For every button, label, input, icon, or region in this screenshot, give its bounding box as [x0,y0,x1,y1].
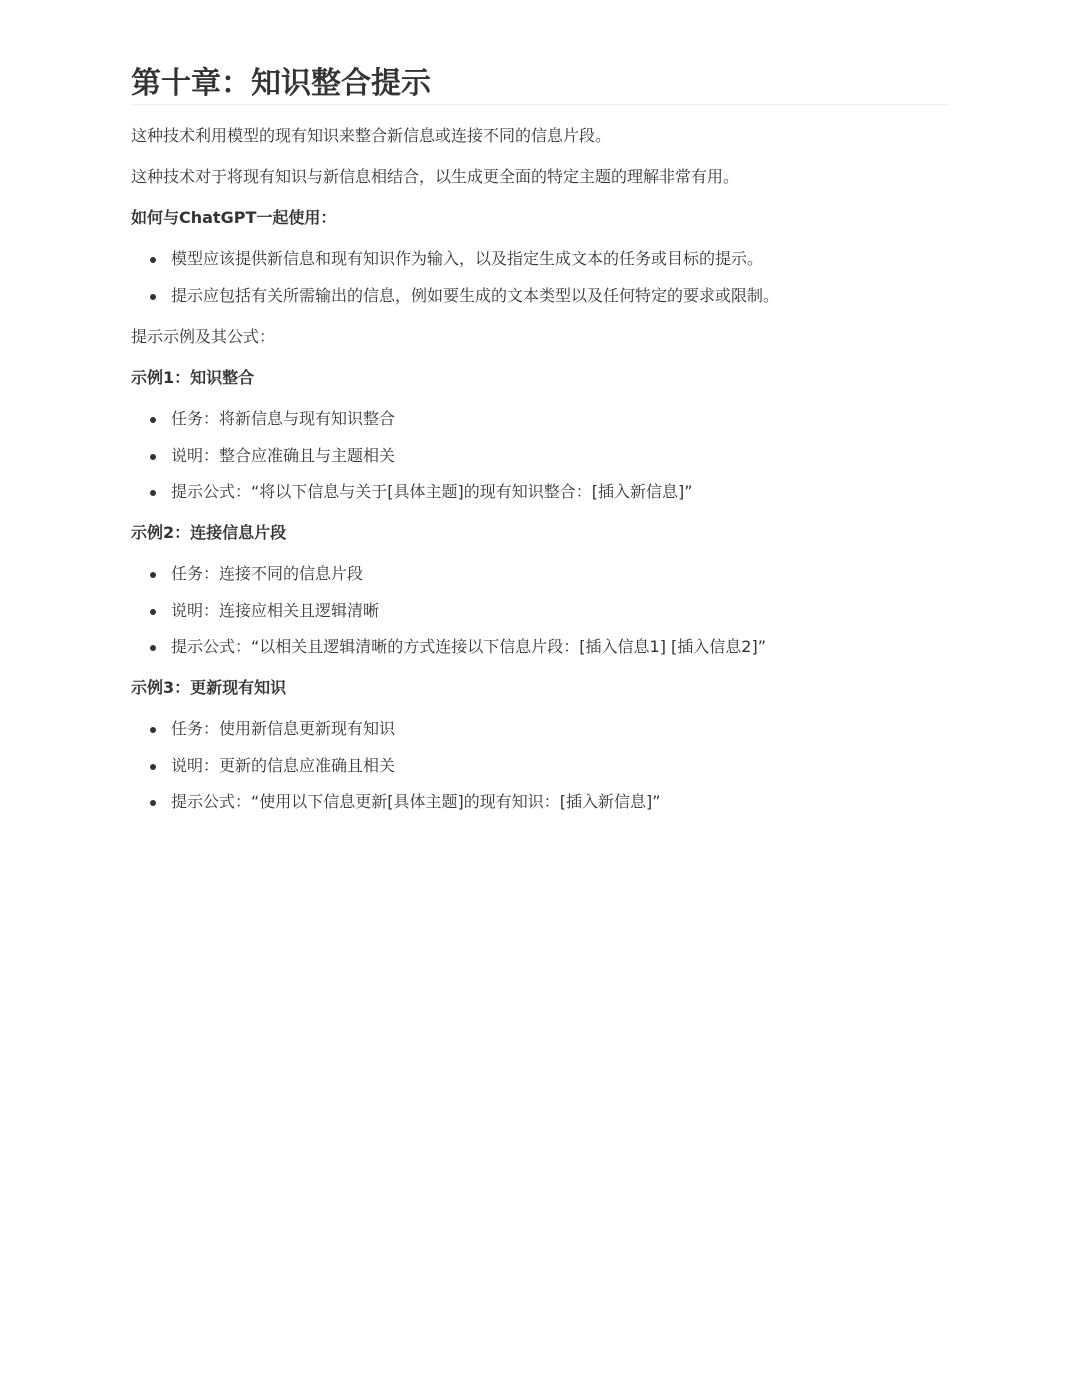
example-2-heading: 示例2：连接信息片段 [131,521,949,545]
examples-intro: 提示示例及其公式： [131,325,949,349]
chapter-title: 第十章：知识整合提示 [131,64,949,105]
list-item: 提示公式：“将以下信息与关于[具体主题]的现有知识整合：[插入新信息]” [131,480,949,504]
usage-heading: 如何与ChatGPT一起使用： [131,206,949,230]
list-item: 任务：连接不同的信息片段 [131,562,949,586]
list-item: 提示公式：“以相关且逻辑清晰的方式连接以下信息片段：[插入信息1] [插入信息2… [131,635,949,659]
example-3-heading: 示例3：更新现有知识 [131,676,949,700]
list-item: 说明：更新的信息应准确且相关 [131,754,949,778]
intro-paragraph-2: 这种技术对于将现有知识与新信息相结合，以生成更全面的特定主题的理解非常有用。 [131,165,949,189]
list-item: 任务：将新信息与现有知识整合 [131,407,949,431]
usage-list: 模型应该提供新信息和现有知识作为输入，以及指定生成文本的任务或目标的提示。 提示… [131,247,949,308]
list-item: 说明：连接应相关且逻辑清晰 [131,599,949,623]
document-page: 第十章：知识整合提示 这种技术利用模型的现有知识来整合新信息或连接不同的信息片段… [131,64,949,814]
list-item: 任务：使用新信息更新现有知识 [131,717,949,741]
example-1-list: 任务：将新信息与现有知识整合 说明：整合应准确且与主题相关 提示公式：“将以下信… [131,407,949,504]
example-1-heading: 示例1：知识整合 [131,366,949,390]
intro-paragraph-1: 这种技术利用模型的现有知识来整合新信息或连接不同的信息片段。 [131,124,949,148]
example-2-list: 任务：连接不同的信息片段 说明：连接应相关且逻辑清晰 提示公式：“以相关且逻辑清… [131,562,949,659]
list-item: 提示公式：“使用以下信息更新[具体主题]的现有知识：[插入新信息]” [131,790,949,814]
example-3-list: 任务：使用新信息更新现有知识 说明：更新的信息应准确且相关 提示公式：“使用以下… [131,717,949,814]
list-item: 说明：整合应准确且与主题相关 [131,444,949,468]
list-item: 提示应包括有关所需输出的信息，例如要生成的文本类型以及任何特定的要求或限制。 [131,284,949,308]
list-item: 模型应该提供新信息和现有知识作为输入，以及指定生成文本的任务或目标的提示。 [131,247,949,271]
